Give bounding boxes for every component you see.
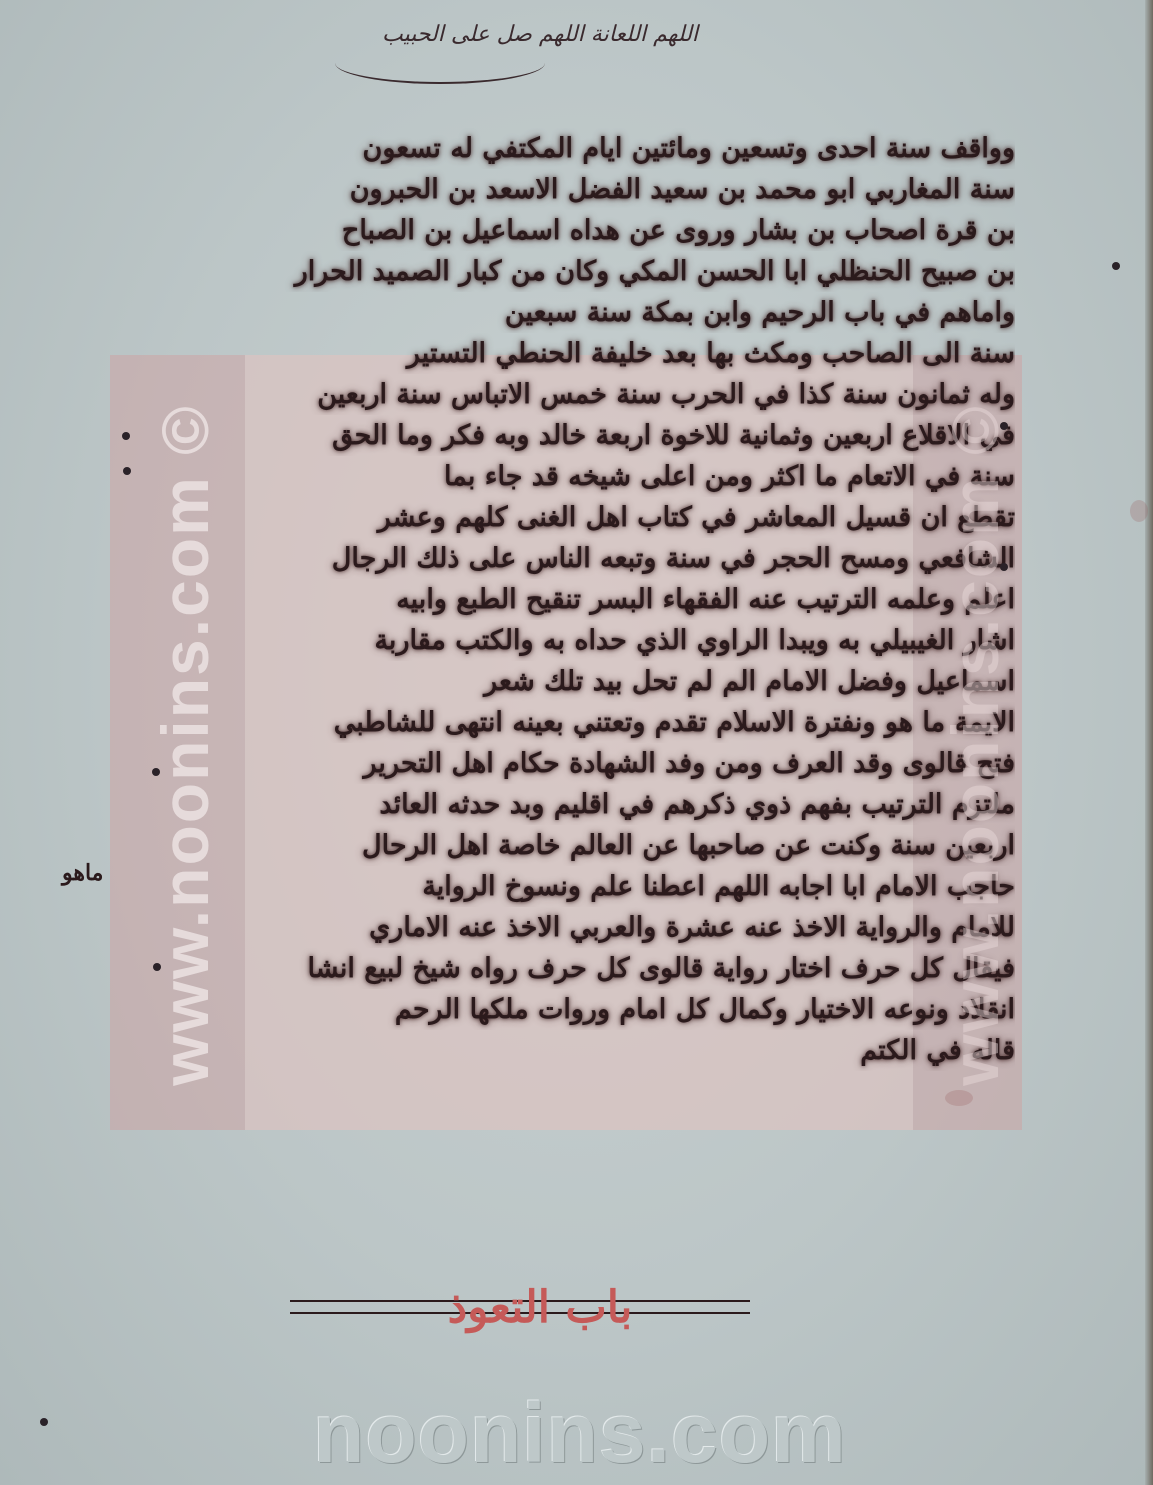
text-line: الشافعي ومسح الحجر في سنة وتبعه الناس عل… (195, 538, 1015, 579)
ink-spot (1000, 422, 1008, 430)
text-line-content: واماهم في باب الرحيم وابن بمكة سنة سبعين (505, 297, 1015, 328)
manuscript-body: وواقف سنة احدى وتسعين ومائتين ايام المكت… (195, 128, 1015, 1071)
text-line: في الاقلاع اربعين وثمانية للاخوة اربعة خ… (195, 415, 1015, 456)
text-line: ملتزم الترتيب بفهم ذوي ذكرهم في اقليم وب… (195, 784, 1015, 825)
text-line-content: سنة المغاربي ابو محمد بن سعيد الفضل الاس… (350, 174, 1015, 205)
ink-spot (122, 432, 130, 440)
text-line: حاجب الامام ابا اجابه اللهم اعطنا علم ون… (195, 866, 1015, 907)
text-line: الايمة ما هو ونفترة الاسلام تقدم وتعتني … (195, 702, 1015, 743)
text-line: اسماعيل وفضل الامام الم لم تحل بيد تلك ش… (195, 661, 1015, 702)
watermark-left: www.noonins.com © (140, 360, 230, 1130)
ink-spot (152, 768, 160, 776)
text-line: اشار الغيبيلي به ويبدا الراوي الذي حداه … (195, 620, 1015, 661)
stain (1130, 500, 1148, 522)
header-flourish (335, 42, 545, 84)
ink-spot (123, 467, 131, 475)
text-line: اربعين سنة وكنت عن صاحبها عن العالم خاصة… (195, 825, 1015, 866)
text-line: سنة المغاربي ابو محمد بن سعيد الفضل الاس… (195, 169, 1015, 210)
page-edge (1145, 0, 1153, 1485)
text-line: واماهم في باب الرحيم وابن بمكة سنة سبعين (195, 292, 1015, 333)
manuscript-page: اللهم اللعانة اللهم صل على الحبيب وواقف … (0, 0, 1153, 1485)
margin-note: ماهو (62, 860, 103, 886)
text-line: فتح قالوى وقد العرف ومن وفد الشهادة حكام… (195, 743, 1015, 784)
text-line: قاله في الكتم (195, 1030, 1015, 1071)
watermark-right-text: www.noonins.com © (937, 404, 1013, 1086)
text-line: سنة الى الصاحب ومكث بها بعد خليفة الحنطي… (195, 333, 1015, 374)
watermark-bottom: noonins.com (270, 1385, 890, 1482)
text-line: تقطع ان قسيل المعاشر في كتاب اهل الغنى ك… (195, 497, 1015, 538)
ink-spot (153, 963, 161, 971)
ink-spot (40, 1418, 48, 1426)
text-line: فيقال كل حرف اختار رواية قالوى كل حرف رو… (195, 948, 1015, 989)
text-line: اعلم وعلمه الترتيب عنه الفقهاء البسر تنق… (195, 579, 1015, 620)
watermark-left-text: www.noonins.com © (147, 404, 223, 1086)
text-line: سنة في الاتعام ما اكثر ومن اعلى شيخه قد … (195, 456, 1015, 497)
text-line: للامام والرواية الاخذ عنه عشرة والعربي ا… (195, 907, 1015, 948)
ink-spot (1112, 262, 1120, 270)
stain (945, 1090, 973, 1106)
watermark-right: www.noonins.com © (930, 360, 1020, 1130)
text-line: انقلاد ونوعه الاختيار وكمال كل امام وروا… (195, 989, 1015, 1030)
ink-spot (1000, 563, 1008, 571)
text-line: وواقف سنة احدى وتسعين ومائتين ايام المكت… (195, 128, 1015, 169)
closing-rubric: باب التعوذ (270, 1282, 810, 1342)
text-line: بن صبيح الحنظلي ابا الحسن المكي وكان من … (195, 251, 1015, 292)
text-line: وله ثمانون سنة كذا في الحرب سنة خمس الات… (195, 374, 1015, 415)
text-line: بن قرة اصحاب بن بشار وروى عن هداه اسماعي… (195, 210, 1015, 251)
